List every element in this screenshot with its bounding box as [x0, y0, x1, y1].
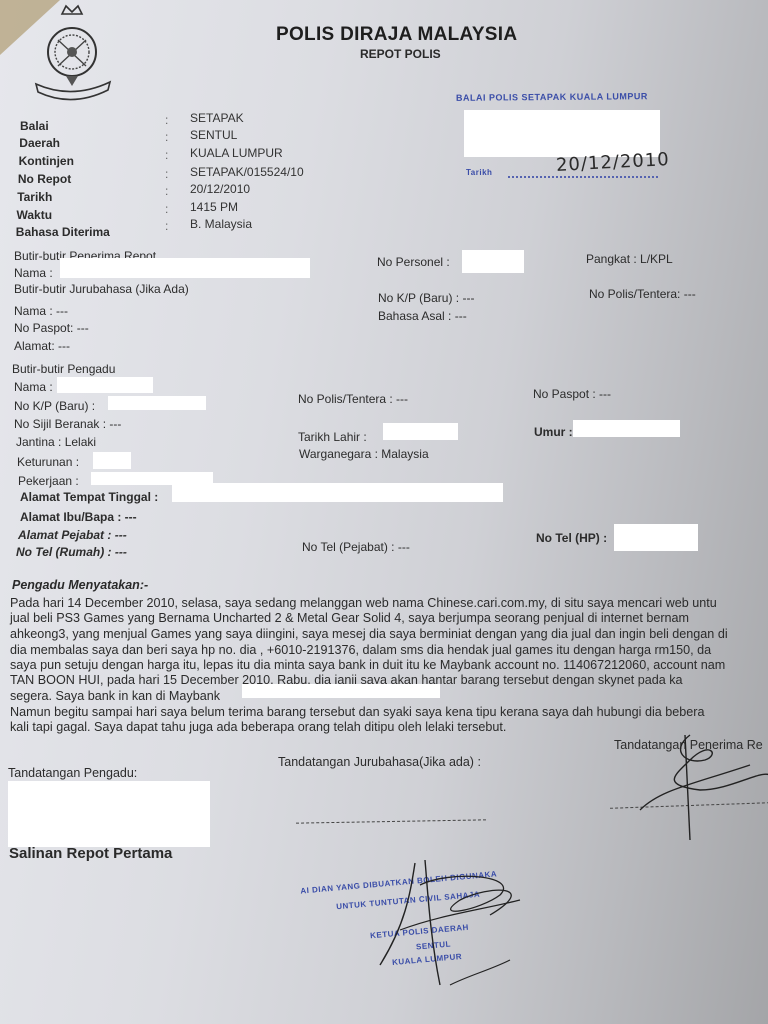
redacted-keturunan [93, 452, 131, 469]
pengadu-tarikh-lahir-label: Tarikh Lahir : [298, 430, 367, 444]
statement-line: ahkeong3, yang menjual Games yang saya d… [10, 627, 728, 643]
penerima-nama-label: Nama : [14, 266, 53, 280]
statement-line: dia membalas saya dan beri saya hp no. d… [10, 643, 711, 659]
pengadu-umur-label: Umur : [534, 425, 573, 439]
pangkat: Pangkat : L/KPL [586, 252, 673, 266]
statement-line: Pada hari 14 December 2010, selasa, saya… [10, 596, 717, 612]
redacted-personel [462, 250, 524, 273]
info-colon: : [165, 202, 168, 216]
info-value: KUALA LUMPUR [190, 146, 283, 160]
jurubahasa-alamat: Alamat: --- [14, 339, 70, 353]
info-value: SETAPAK/015524/10 [190, 165, 304, 179]
info-colon: : [165, 219, 168, 233]
pengadu-heading: Butir-butir Pengadu [12, 362, 115, 376]
pengadu-no-paspot: No Paspot : --- [533, 387, 611, 401]
statement-line: saya pun setuju dengan harga itu, lepas … [10, 658, 725, 674]
info-colon: : [165, 184, 168, 198]
info-label: Daerah [19, 136, 60, 150]
pengadu-pekerjaan-label: Pekerjaan : [18, 474, 79, 488]
redacted-bank-details [242, 684, 440, 698]
sig-jurubahasa-label: Tandatangan Jurubahasa(Jika ada) : [278, 755, 481, 769]
pengadu-kp-label: No K/P (Baru) : [14, 399, 95, 413]
pengadu-alamat-label: Alamat Tempat Tinggal : [20, 490, 158, 504]
pengadu-sijil: No Sijil Beranak : --- [14, 417, 121, 431]
stamp-tarikh-label: Tarikh [466, 168, 492, 177]
pengadu-alamat-ibubapa: Alamat Ibu/Bapa : --- [20, 510, 137, 524]
statement-heading: Pengadu Menyatakan:- [12, 578, 148, 592]
info-colon: : [165, 148, 168, 162]
statement-line: jual beli PS3 Games yang Bernama Unchart… [10, 611, 689, 627]
info-label: Kontinjen [19, 154, 74, 168]
redacted-kp [108, 396, 206, 410]
pengadu-no-polis: No Polis/Tentera : --- [298, 392, 408, 406]
sig-pengadu-label: Tandatangan Pengadu: [8, 766, 137, 780]
info-label: Bahasa Diterima [16, 225, 110, 239]
pengadu-alamat-pejabat: Alamat Pejabat : --- [18, 528, 127, 542]
pengadu-nama-label: Nama : [14, 380, 53, 394]
redacted-block [464, 110, 660, 157]
handwritten-date: 20/12/2010 [556, 149, 671, 176]
jurubahasa-paspot: No Paspot: --- [14, 321, 89, 335]
info-value: 20/12/2010 [190, 182, 250, 196]
jurubahasa-kp: No K/P (Baru) : --- [378, 291, 474, 305]
info-label: Balai [20, 119, 49, 133]
balai-stamp-line: BALAI POLIS SETAPAK KUALA LUMPUR [456, 91, 648, 103]
redacted-hp [614, 524, 698, 551]
pengadu-tel-pejabat: No Tel (Pejabat) : --- [302, 540, 410, 554]
info-value: B. Malaysia [190, 217, 252, 231]
penerima-signature-icon [630, 730, 768, 840]
statement-line: Namun begitu sampai hari saya belum teri… [10, 705, 704, 721]
jurubahasa-no-polis: No Polis/Tentera: --- [589, 287, 696, 301]
redacted-name [57, 377, 153, 393]
redacted-name [60, 258, 310, 278]
statement-line: segera. Saya bank in kan di Maybank [10, 689, 220, 705]
info-label: No Repot [18, 172, 71, 186]
pengadu-tel-hp-label: No Tel (HP) : [536, 531, 607, 545]
statement-line: kali tapi gagal. Saya dapat tahu juga ad… [10, 720, 506, 736]
pdrm-crest-icon [30, 4, 115, 104]
redacted-dob [383, 423, 458, 440]
info-colon: : [165, 113, 168, 127]
info-value: SENTUL [190, 128, 237, 142]
info-value: 1415 PM [190, 200, 238, 214]
page-title: POLIS DIRAJA MALAYSIA [276, 24, 517, 46]
sig-jurubahasa-line [296, 819, 486, 823]
salinan-label: Salinan Repot Pertama [9, 845, 172, 862]
info-label: Waktu [17, 208, 53, 222]
redacted-umur [573, 420, 680, 437]
jurubahasa-nama: Nama : --- [14, 304, 68, 318]
page-subtitle: REPOT POLIS [360, 47, 441, 61]
jurubahasa-bahasa-asal: Bahasa Asal : --- [378, 309, 467, 323]
pengadu-jantina: Jantina : Lelaki [16, 435, 96, 449]
info-label: Tarikh [17, 190, 52, 204]
info-value: SETAPAK [190, 111, 244, 125]
officer-signature-icon [370, 855, 570, 990]
info-colon: : [165, 167, 168, 181]
pengadu-keturunan-label: Keturunan : [17, 455, 79, 469]
pengadu-warganegara: Warganegara : Malaysia [299, 447, 429, 461]
redacted-signature [8, 781, 210, 847]
redacted-alamat [172, 483, 503, 502]
jurubahasa-heading: Butir-butir Jurubahasa (Jika Ada) [14, 282, 189, 296]
info-colon: : [165, 130, 168, 144]
no-personel-label: No Personel : [377, 255, 450, 269]
pengadu-tel-rumah: No Tel (Rumah) : --- [16, 545, 127, 559]
stamp-date-dotted-line [508, 176, 658, 178]
